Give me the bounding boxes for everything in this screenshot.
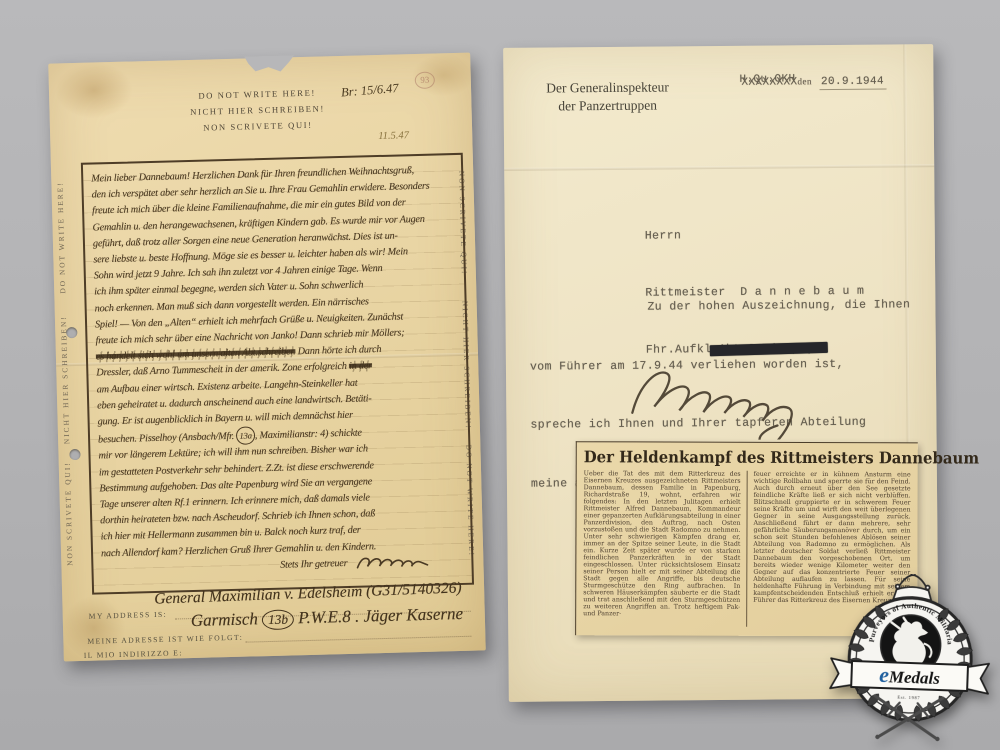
age-stain xyxy=(38,49,150,132)
brand-rest: Medals xyxy=(888,667,941,688)
struck-text: es handelt sich wohl um unsern alten Abt… xyxy=(96,346,296,362)
no-write-header: DO NOT WRITE HERE! NICHT HIER SCHREIBEN!… xyxy=(167,84,348,137)
date-line: H.Qu.OKH XXXXXXXXden 20.9.1944 xyxy=(741,73,886,89)
left-edge-warning-en: DO NOT WRITE HERE! xyxy=(55,181,67,293)
age-stain xyxy=(48,581,140,673)
second-date-note: 11.5.47 xyxy=(378,130,409,142)
edelsheim-signature: Edelsheim xyxy=(355,554,429,572)
letterhead-line-2: der Panzertruppen xyxy=(526,96,690,115)
postal-zone-circled: 13a xyxy=(236,427,255,446)
address-town: Garmisch xyxy=(191,609,259,630)
address-label-it: IL MIO INDIRIZZO E: xyxy=(84,648,183,660)
crown-icon xyxy=(893,571,932,601)
punch-hole xyxy=(69,449,80,460)
address-label-en: MY ADDRESS IS: xyxy=(89,610,168,621)
torn-notch xyxy=(244,55,294,72)
struck-text: in der xyxy=(349,361,372,373)
handwritten-letter-body: Mein lieber Dannebaum! Herzlichen Dank f… xyxy=(81,153,474,595)
age-stain xyxy=(398,44,490,106)
postal-zone-circled: 13b xyxy=(262,609,294,630)
clipping-column-1: Ueber die Tat des mit dem Ritterkreuz de… xyxy=(583,470,741,627)
guderian-signature: Guderian xyxy=(618,349,869,441)
recipient-line: Herrn xyxy=(645,225,864,246)
letterhead: Der Generalinspekteur der Panzertruppen xyxy=(525,78,689,114)
address-rule xyxy=(245,635,471,643)
censor-stamp: 93 xyxy=(415,72,435,90)
left-edge-warning-it: NON SCRIVETE QUI! xyxy=(63,461,75,566)
clipping-headline: Der Heldenkampf des Rittmeisters Danneba… xyxy=(584,447,888,467)
pow-letter-document: DO NOT WRITE HERE! NICHT HIER SCHREIBEN!… xyxy=(48,53,486,662)
letter-text: , Maximilianstr: 4) schickte xyxy=(255,428,362,442)
established-text: Est. 1987 xyxy=(897,695,920,701)
address-line-2: Garmisch 13b P.W.E.8 . Jäger Kaserne xyxy=(191,604,464,632)
address-label-de: MEINE ADRESSE IST WIE FOLGT: xyxy=(87,633,243,646)
received-date-note: Br: 15/6.47 xyxy=(341,81,400,100)
letter-text: besuchen. Pisselhoy (Ansbach/Mfr. xyxy=(98,431,234,446)
closing-text: Stets Ihr getreuer xyxy=(280,556,348,574)
letterhead-line-1: Der Generalinspekteur xyxy=(525,78,689,97)
place-stamp: H.Qu.OKH xyxy=(739,73,884,86)
fold-crease xyxy=(504,164,934,171)
body-line: Zu der hohen Auszeichnung, die Ihnen xyxy=(529,295,910,318)
letter-text: Dann hörte ich durch xyxy=(298,344,382,357)
photo-stage: DO NOT WRITE HERE! NICHT HIER SCHREIBEN!… xyxy=(0,0,1000,750)
emedals-watermark: Purveyors of Authentic Militaria eMedals… xyxy=(817,571,1000,750)
address-detail: P.W.E.8 . Jäger Kaserne xyxy=(298,604,463,627)
